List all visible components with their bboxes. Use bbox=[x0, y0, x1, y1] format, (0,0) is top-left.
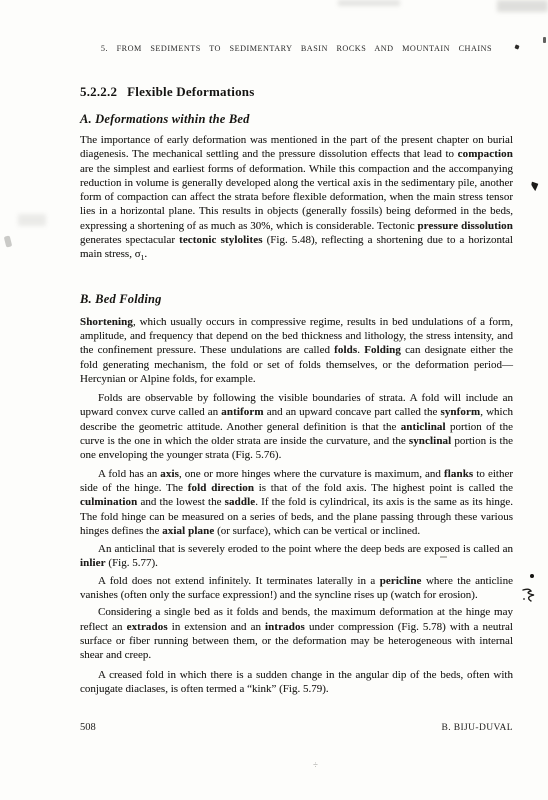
paragraph-antiform-synform: Folds are observable by following the vi… bbox=[80, 391, 513, 462]
faint-division-mark: ÷ bbox=[313, 760, 318, 770]
margin-ink-left bbox=[4, 235, 12, 247]
subsection-a-heading: A. Deformations within the Bed bbox=[80, 112, 513, 126]
scan-smudge-left bbox=[18, 214, 46, 226]
paragraph-extrados-intrados: Considering a single bed as it folds and… bbox=[80, 605, 513, 662]
paragraph-axis-flanks: A fold has an axis, one or more hinges w… bbox=[80, 467, 513, 538]
scan-smudge-corner bbox=[497, 0, 548, 12]
section-title: Flexible Deformations bbox=[127, 84, 254, 99]
paragraph-compaction: The importance of early deformation was … bbox=[80, 133, 513, 262]
margin-dot bbox=[530, 574, 534, 578]
paragraph-shortening: Shortening, which usually occurs in comp… bbox=[80, 315, 513, 386]
scan-speck-edge bbox=[543, 37, 546, 43]
paragraph-kink: A creased fold in which there is a sudde… bbox=[80, 668, 513, 697]
page-number: 508 bbox=[80, 722, 96, 733]
margin-scribble-icon bbox=[520, 587, 536, 608]
scan-speck-header bbox=[514, 44, 519, 49]
scan-smudge-top bbox=[338, 0, 400, 6]
paragraph-pericline: A fold does not extend infinitely. It te… bbox=[80, 574, 513, 603]
running-head: 5. FROM SEDIMENTS TO SEDIMENTARY BASIN R… bbox=[80, 44, 513, 53]
section-heading: 5.2.2.2Flexible Deformations bbox=[80, 84, 513, 99]
section-number: 5.2.2.2 bbox=[80, 84, 117, 99]
paragraph-inlier: An anticlinal that is severely eroded to… bbox=[80, 542, 513, 571]
margin-ink-mark bbox=[530, 182, 538, 192]
page-footer: 508 B. BIJU-DUVAL bbox=[80, 722, 513, 733]
author-running-footer: B. BIJU-DUVAL bbox=[441, 723, 513, 733]
page-content: 5. FROM SEDIMENTS TO SEDIMENTARY BASIN R… bbox=[80, 44, 513, 696]
subsection-b-heading: B. Bed Folding bbox=[80, 292, 513, 306]
book-page: 5. FROM SEDIMENTS TO SEDIMENTARY BASIN R… bbox=[0, 0, 548, 800]
